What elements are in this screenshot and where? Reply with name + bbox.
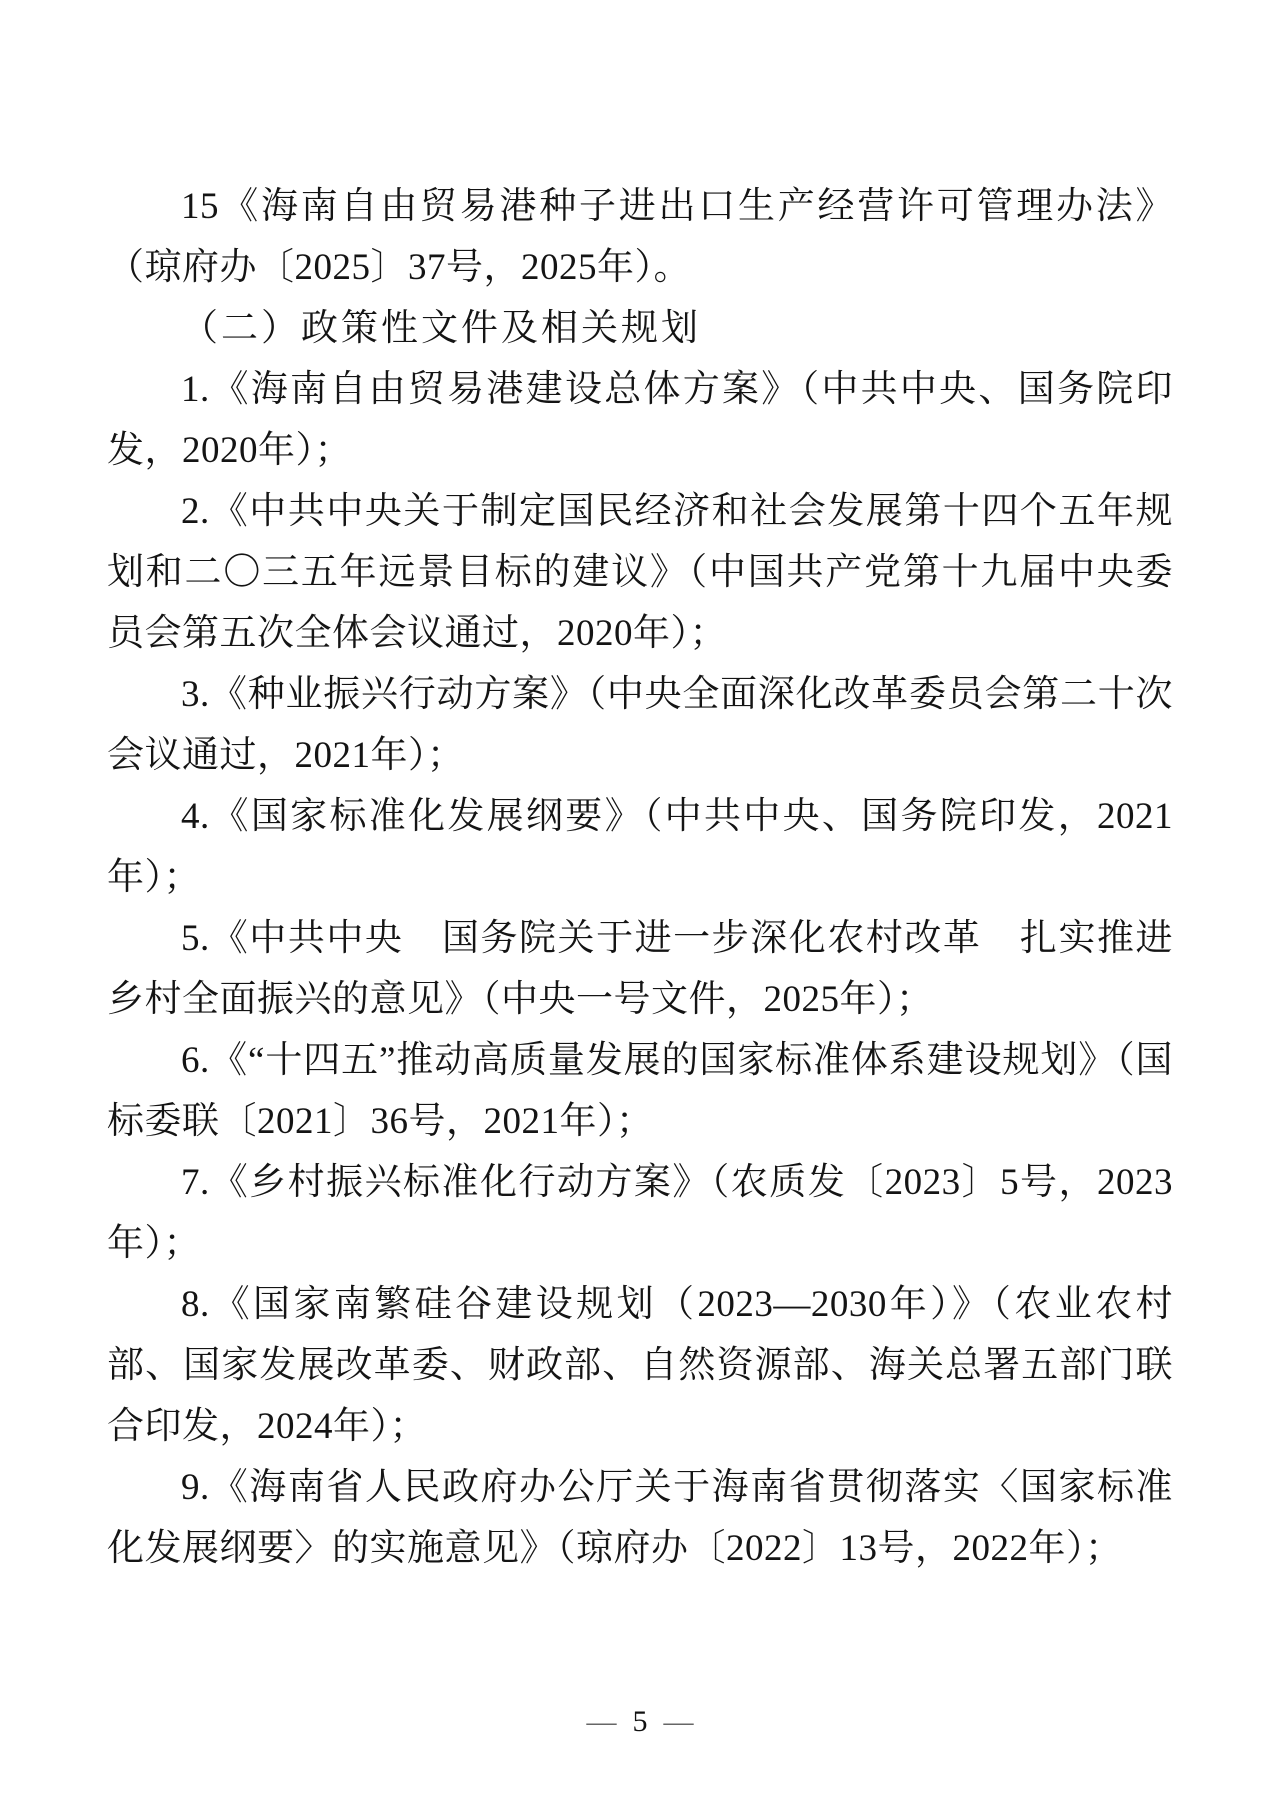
- list-item-4: 4.《国家标准化发展纲要》（中共中央、国务院印发，2021年）；: [107, 786, 1173, 908]
- document-page: 15《海南自由贸易港种子进出口生产经营许可管理办法》（琼府办〔2025〕37号，…: [0, 0, 1280, 1809]
- footer-dash-right: —: [664, 1705, 694, 1738]
- list-item-8: 8.《国家南繁硅谷建设规划（2023—2030年）》（农业农村部、国家发展改革委…: [107, 1274, 1173, 1457]
- list-item-9: 9.《海南省人民政府办公厅关于海南省贯彻落实〈国家标准化发展纲要〉的实施意见》（…: [107, 1457, 1173, 1579]
- list-item-15: 15《海南自由贸易港种子进出口生产经营许可管理办法》（琼府办〔2025〕37号，…: [107, 176, 1173, 298]
- list-item-7: 7.《乡村振兴标准化行动方案》（农质发〔2023〕5号，2023年）；: [107, 1152, 1173, 1274]
- page-number: 5: [633, 1705, 648, 1738]
- section-heading: （二）政策性文件及相关规划: [107, 298, 1173, 359]
- list-item-5: 5.《中共中央 国务院关于进一步深化农村改革 扎实推进乡村全面振兴的意见》（中央…: [107, 908, 1173, 1030]
- page-footer: —5—: [0, 1698, 1280, 1746]
- document-content: 15《海南自由贸易港种子进出口生产经营许可管理办法》（琼府办〔2025〕37号，…: [107, 176, 1173, 1579]
- footer-dash-left: —: [587, 1705, 617, 1738]
- list-item-6: 6.《“十四五”推动高质量发展的国家标准体系建设规划》（国标委联〔2021〕36…: [107, 1030, 1173, 1152]
- list-item-2: 2.《中共中央关于制定国民经济和社会发展第十四个五年规划和二〇三五年远景目标的建…: [107, 481, 1173, 664]
- list-item-1: 1.《海南自由贸易港建设总体方案》（中共中央、国务院印发，2020年）；: [107, 359, 1173, 481]
- list-item-3: 3.《种业振兴行动方案》（中央全面深化改革委员会第二十次会议通过，2021年）；: [107, 664, 1173, 786]
